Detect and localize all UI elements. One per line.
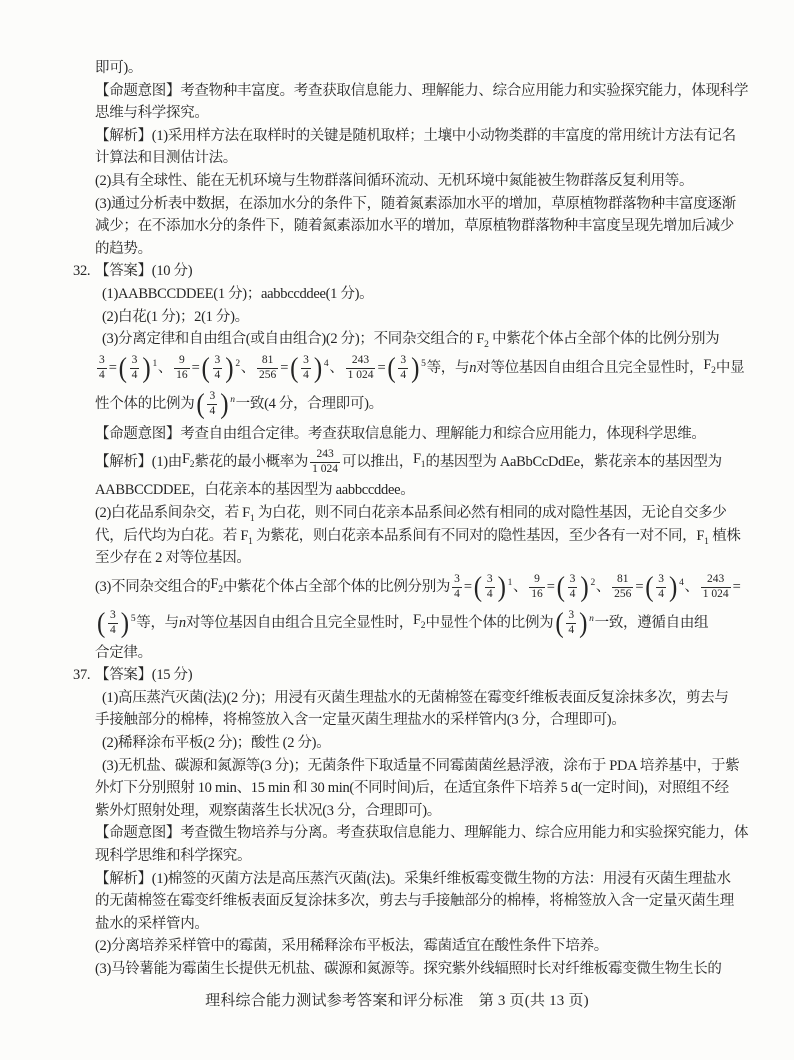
text-line: 紫外灯照射处理，观察菌落生长状况(3 分，合理即可)。: [95, 800, 755, 823]
math-variable: n: [179, 612, 186, 635]
text-run: AABBCCDDEE，白花亲本的基因型为 aabbccddee。: [95, 482, 414, 498]
subscript-term: F1: [696, 528, 709, 544]
text-run: 植株: [709, 528, 741, 544]
exponent: 4: [324, 353, 328, 376]
denominator: 4: [108, 623, 118, 638]
page-footer: 理科综合能力测试参考答案和评分标准 第 3 页(共 13 页): [0, 989, 794, 1010]
paren-fraction: (34)2: [201, 354, 240, 383]
text-run: 、: [596, 576, 610, 599]
text-run: 性个体的比例为: [95, 393, 194, 416]
left-paren: (: [289, 355, 299, 383]
text-run: 、: [685, 576, 699, 599]
numerator: 3: [452, 573, 462, 587]
text-run: =: [733, 576, 741, 599]
text-run: =: [635, 576, 643, 599]
text-run: 现科学思维和科学探究。: [95, 848, 251, 864]
text-run: 、: [513, 576, 527, 599]
text-run: 【命题意图】考查微生物培养与分离。考查获取信息能力、理解能力、综合应用能力和实验…: [95, 825, 748, 841]
right-paren: ): [579, 574, 589, 602]
text-line: (34)5 等，与 n 对等位基因自由组合且完全显性时，F2 中显性个体的比例为…: [95, 606, 755, 642]
text-run: =: [192, 357, 200, 380]
text-run: 的趋势。: [95, 241, 152, 257]
numerator: 3: [130, 354, 140, 368]
text-line: (3)不同杂交组合的 F2 中紫花个体占全部个体的比例分别为34=(34)1、9…: [95, 570, 755, 606]
exponent: 5: [421, 353, 425, 376]
fraction: 34: [485, 573, 495, 602]
text-line: 思维与科学探究。: [95, 102, 755, 125]
paren-fraction: (34)2: [556, 573, 595, 602]
numerator: 243: [350, 354, 371, 368]
answer-key-page: 即可)。【命题意图】考查物种丰富度。考查获取信息能力、理解能力、综合应用能力和实…: [0, 0, 794, 1060]
fraction: 34: [108, 609, 118, 638]
text-run: 手接触部分的棉棒，将棉签放入含一定量灭菌生理盐水的采样管内(3 分，合理即可)。: [95, 712, 626, 728]
denominator: 4: [566, 623, 576, 638]
fraction: 34: [301, 354, 311, 383]
text-line: 减少；在不添加水分的条件下，随着氮素添加水平的增加，草原植物群落物种丰富度呈现先…: [95, 215, 755, 238]
text-run: (3)通过分析表中数据，在添加水分的条件下，随着氮素添加水平的增加，草原植物群落…: [95, 196, 736, 212]
text-line: (2)分离培养采样管中的霉菌，采用稀释涂布平板法，霉菌适宜在酸性条件下培养。: [95, 935, 755, 958]
text-run: 一致，遵循自由组: [595, 612, 709, 635]
text-run: =: [377, 357, 385, 380]
text-run: 中紫花个体占全部个体的比例分别为: [489, 331, 720, 347]
text-run: (2)分离培养采样管中的霉菌，采用稀释涂布平板法，霉菌适宜在酸性条件下培养。: [95, 938, 608, 954]
paren-fraction: (34)4: [289, 354, 328, 383]
text-line: 【解析】(1)由 F2 紫花的最小概率为2431 024可以推出，F1 的基因型…: [95, 445, 755, 479]
text-run: 、: [158, 357, 172, 380]
exponent: n: [230, 389, 234, 412]
text-line: 合定律。: [95, 642, 755, 665]
fraction: 34: [213, 354, 223, 383]
text-line: 【解析】(1)棉签的灭菌方法是高压蒸汽灭菌(法)。采集纤维板霉变微生物的方法：用…: [95, 868, 755, 891]
text-run: =: [109, 357, 117, 380]
text-run: 代，后代均为白花。若: [95, 528, 240, 544]
math-variable: n: [469, 357, 476, 380]
denominator: 1 024: [346, 368, 376, 383]
numerator: 3: [398, 354, 408, 368]
fraction: 916: [529, 573, 545, 602]
left-paren: (: [473, 574, 483, 602]
text-line: (3)无机盐、碳源和氮源等(3 分)；无菌条件下取适量不同霉菌菌丝悬浮液，涂布于…: [102, 755, 755, 778]
subscript-term: F2: [476, 331, 489, 347]
paren-fraction: (34)n: [554, 609, 593, 638]
paren-fraction: (34)4: [644, 573, 683, 602]
left-paren: (: [195, 391, 205, 419]
subscript-term: F2: [210, 573, 223, 601]
right-paren: ): [219, 391, 229, 419]
text-line: 的无菌棉签在霉变纤维板表面反复涂抹多次，剪去与手接触部分的棉棒，将棉签放入含一定…: [95, 890, 755, 913]
text-line: 性个体的比例为(34)n 一致(4 分，合理即可)。: [95, 387, 755, 423]
text-run: (1)高压蒸汽灭菌(法)(2 分)；用浸有灭菌生理盐水的无菌棉签在霉变纤维板表面…: [102, 690, 729, 706]
fraction: 34: [207, 390, 217, 419]
text-run: =: [280, 357, 288, 380]
right-paren: ): [224, 355, 234, 383]
fraction: 34: [568, 573, 578, 602]
left-paren: (: [386, 355, 396, 383]
subscript-term: F1: [242, 505, 255, 521]
text-run: 【答案】(10 分): [95, 263, 192, 279]
text-line: (3)分离定律和自由组合(或自由组合)(2 分)；不同杂交组合的 F2 中紫花个…: [102, 328, 755, 351]
text-run: 合定律。: [95, 645, 152, 661]
numerator: 3: [566, 609, 576, 623]
text-run: 【答案】(15 分): [95, 667, 192, 683]
denominator: 4: [452, 587, 462, 602]
text-run: 等，与: [427, 357, 470, 380]
text-run: 等，与: [136, 612, 179, 635]
text-run: 【解析】(1)采用样方法在取样时的关键是随机取样；土壤中小动物类群的丰富度的常用…: [95, 128, 736, 144]
text-run: 中显: [716, 357, 744, 380]
text-run: 的无菌棉签在霉变纤维板表面反复涂抹多次，剪去与手接触部分的棉棒，将棉签放入含一定…: [95, 893, 734, 909]
text-run: 、: [329, 357, 343, 380]
exponent: 1: [152, 353, 156, 376]
text-run: 的基因型为 AaBbCcDdEe，紫花亲本的基因型为: [426, 451, 722, 474]
text-run: 为紫花，则白花亲本品系间有不同对的隐性基因，至少各有一对不同，: [253, 528, 697, 544]
fraction: 2431 024: [701, 573, 731, 602]
numerator: 3: [108, 609, 118, 623]
exponent: 5: [131, 608, 135, 631]
denominator: 4: [656, 587, 666, 602]
numerator: 3: [485, 573, 495, 587]
subscript-term: F2: [413, 609, 426, 637]
text-run: (3)马铃薯能为霉菌生长提供无机盐、碳源和氮源等。探究紫外线辐照时长对纤维板霉变…: [95, 961, 722, 977]
denominator: 1 024: [310, 462, 340, 477]
fraction: 34: [398, 354, 408, 383]
text-run: 对等位基因自由组合且完全显性时，: [186, 612, 413, 635]
text-line: (1)AABBCCDDEE(1 分)；aabbccddee(1 分)。: [102, 283, 755, 306]
text-run: 中紫花个体占全部个体的比例分别为: [223, 576, 450, 599]
numerator: 3: [301, 354, 311, 368]
text-line: 的趋势。: [95, 238, 755, 261]
text-line: AABBCCDDEE，白花亲本的基因型为 aabbccddee。: [95, 479, 755, 502]
fraction: 34: [656, 573, 666, 602]
denominator: 4: [130, 368, 140, 383]
paren-fraction: (34)5: [96, 609, 135, 638]
numerator: 3: [656, 573, 666, 587]
text-run: 减少；在不添加水分的条件下，随着氮素添加水平的增加，草原植物群落物种丰富度呈现先…: [95, 218, 734, 234]
text-line: (2)具有全球性、能在无机环境与生物群落间循环流动、无机环境中氮能被生物群落反复…: [95, 170, 755, 193]
fraction: 34: [130, 354, 140, 383]
subscript-term: F1: [413, 448, 426, 476]
left-paren: (: [201, 355, 211, 383]
text-run: (2)具有全球性、能在无机环境与生物群落间循环流动、无机环境中氮能被生物群落反复…: [95, 173, 693, 189]
text-run: 即可)。: [95, 60, 142, 76]
exponent: 2: [590, 572, 594, 595]
text-line: 盐水的采样管内。: [95, 913, 755, 936]
text-run: 思维与科学探究。: [95, 105, 209, 121]
text-line: 手接触部分的棉棒，将棉签放入含一定量灭菌生理盐水的采样管内(3 分，合理即可)。: [95, 709, 755, 732]
text-run: 盐水的采样管内。: [95, 916, 209, 932]
numerator: 243: [705, 573, 726, 587]
exponent: 4: [679, 572, 683, 595]
text-run: 紫花的最小概率为: [195, 451, 309, 474]
text-line: 外灯下分别照射 10 min、15 min 和 30 min(不同时间)后，在适…: [95, 777, 755, 800]
subscript-term: F1: [240, 528, 253, 544]
left-paren: (: [556, 574, 566, 602]
text-run: 计算法和目测估计法。: [95, 150, 237, 166]
text-run: 至少存在 2 对等位基因。: [95, 550, 251, 566]
denominator: 4: [213, 368, 223, 383]
fraction: 81256: [257, 354, 278, 383]
text-run: (2)稀释涂布平板(2 分)；酸性 (2 分)。: [102, 735, 330, 751]
right-paren: ): [410, 355, 420, 383]
text-run: 可以推出，: [342, 451, 413, 474]
text-line: (2)白花(1 分)；2(1 分)。: [102, 306, 755, 329]
exponent: 1: [508, 572, 512, 595]
denominator: 16: [529, 587, 545, 602]
text-run: (3)无机盐、碳源和氮源等(3 分)；无菌条件下取适量不同霉菌菌丝悬浮液，涂布于…: [102, 758, 739, 774]
fraction: 2431 024: [346, 354, 376, 383]
left-paren: (: [96, 610, 106, 638]
right-paren: ): [313, 355, 323, 383]
text-run: 外灯下分别照射 10 min、15 min 和 30 min(不同时间)后，在适…: [95, 780, 729, 796]
subscript-term: F2: [182, 448, 195, 476]
text-run: (1)AABBCCDDEE(1 分)；aabbccddee(1 分)。: [102, 286, 373, 302]
paren-fraction: (34)n: [195, 390, 234, 419]
exponent: n: [589, 608, 593, 631]
right-paren: ): [141, 355, 151, 383]
right-paren: ): [120, 610, 130, 638]
text-line: 即可)。: [95, 57, 755, 80]
numerator: 9: [532, 573, 542, 587]
text-line: 现科学思维和科学探究。: [95, 845, 755, 868]
denominator: 4: [568, 587, 578, 602]
text-run: (2)白花(1 分)；2(1 分)。: [102, 309, 249, 325]
text-line: 【命题意图】考查物种丰富度。考查获取信息能力、理解能力、综合应用能力和实验探究能…: [95, 80, 755, 103]
fraction: 2431 024: [310, 448, 340, 477]
numerator: 3: [97, 354, 107, 368]
text-line: (2)稀释涂布平板(2 分)；酸性 (2 分)。: [102, 732, 755, 755]
fraction: 34: [566, 609, 576, 638]
text-run: (3)分离定律和自由组合(或自由组合)(2 分)；不同杂交组合的: [102, 331, 476, 347]
numerator: 3: [568, 573, 578, 587]
text-run: 、: [241, 357, 255, 380]
text-line: 34=(34)1、916=(34)2、81256=(34)4、2431 024=…: [95, 351, 755, 387]
fraction: 34: [97, 354, 107, 383]
text-line: 计算法和目测估计法。: [95, 147, 755, 170]
text-line: 【解析】(1)采用样方法在取样时的关键是随机取样；土壤中小动物类群的丰富度的常用…: [95, 125, 755, 148]
left-paren: (: [554, 610, 564, 638]
text-run: =: [547, 576, 555, 599]
denominator: 4: [398, 368, 408, 383]
text-run: 一致(4 分，合理即可)。: [236, 393, 383, 416]
right-paren: ): [668, 574, 678, 602]
question-number: 37.: [73, 664, 90, 687]
text-line: (2)白花品系间杂交，若 F1 为白花，则不同白花亲本品系间必然有相同的成对隐性…: [95, 502, 755, 525]
right-paren: ): [497, 574, 507, 602]
denominator: 256: [612, 587, 633, 602]
text-line: 32.【答案】(10 分): [95, 260, 755, 283]
left-paren: (: [644, 574, 654, 602]
fraction: 81256: [612, 573, 633, 602]
denominator: 4: [97, 368, 107, 383]
denominator: 4: [207, 404, 217, 419]
fraction: 916: [174, 354, 190, 383]
denominator: 1 024: [701, 587, 731, 602]
text-run: 中显性个体的比例为: [426, 612, 554, 635]
text-run: 【解析】(1)棉签的灭菌方法是高压蒸汽灭菌(法)。采集纤维板霉变微生物的方法：用…: [95, 871, 731, 887]
paren-fraction: (34)5: [386, 354, 425, 383]
exponent: 2: [235, 353, 239, 376]
text-run: 【解析】(1)由: [95, 451, 182, 474]
numerator: 9: [177, 354, 187, 368]
text-line: 37.【答案】(15 分): [95, 664, 755, 687]
document-body: 即可)。【命题意图】考查物种丰富度。考查获取信息能力、理解能力、综合应用能力和实…: [95, 57, 755, 981]
numerator: 243: [314, 448, 335, 462]
right-paren: ): [578, 610, 588, 638]
paren-fraction: (34)1: [473, 573, 512, 602]
question-number: 32.: [73, 260, 90, 283]
text-line: 【命题意图】考查微生物培养与分离。考查获取信息能力、理解能力、综合应用能力和实验…: [95, 822, 755, 845]
numerator: 3: [213, 354, 223, 368]
numerator: 81: [615, 573, 631, 587]
paren-fraction: (34)1: [118, 354, 157, 383]
text-run: 【命题意图】考查自由组合定律。考查获取信息能力、理解能力和综合应用能力，体现科学…: [95, 426, 706, 442]
denominator: 16: [174, 368, 190, 383]
text-run: =: [464, 576, 472, 599]
text-line: 至少存在 2 对等位基因。: [95, 547, 755, 570]
denominator: 4: [301, 368, 311, 383]
text-run: 【命题意图】考查物种丰富度。考查获取信息能力、理解能力、综合应用能力和实验探究能…: [95, 83, 748, 99]
text-line: (3)马铃薯能为霉菌生长提供无机盐、碳源和氮源等。探究紫外线辐照时长对纤维板霉变…: [95, 958, 755, 981]
text-run: 为白花，则不同白花亲本品系间必然有相同的成对隐性基因，无论自交多少: [255, 505, 727, 521]
text-run: 紫外灯照射处理，观察菌落生长状况(3 分，合理即可)。: [95, 803, 441, 819]
text-line: 代，后代均为白花。若 F1 为紫花，则白花亲本品系间有不同对的隐性基因，至少各有…: [95, 525, 755, 548]
text-line: 【命题意图】考查自由组合定律。考查获取信息能力、理解能力和综合应用能力，体现科学…: [95, 423, 755, 446]
fraction: 34: [452, 573, 462, 602]
denominator: 256: [257, 368, 278, 383]
text-run: (2)白花品系间杂交，若: [95, 505, 242, 521]
text-line: (1)高压蒸汽灭菌(法)(2 分)；用浸有灭菌生理盐水的无菌棉签在霉变纤维板表面…: [102, 687, 755, 710]
text-line: (3)通过分析表中数据，在添加水分的条件下，随着氮素添加水平的增加，草原植物群落…: [95, 193, 755, 216]
text-run: (3)不同杂交组合的: [95, 576, 210, 599]
left-paren: (: [118, 355, 128, 383]
denominator: 4: [485, 587, 495, 602]
subscript-term: F2: [703, 354, 716, 382]
text-run: 对等位基因自由组合且完全显性时，: [476, 357, 703, 380]
numerator: 3: [207, 390, 217, 404]
numerator: 81: [260, 354, 276, 368]
